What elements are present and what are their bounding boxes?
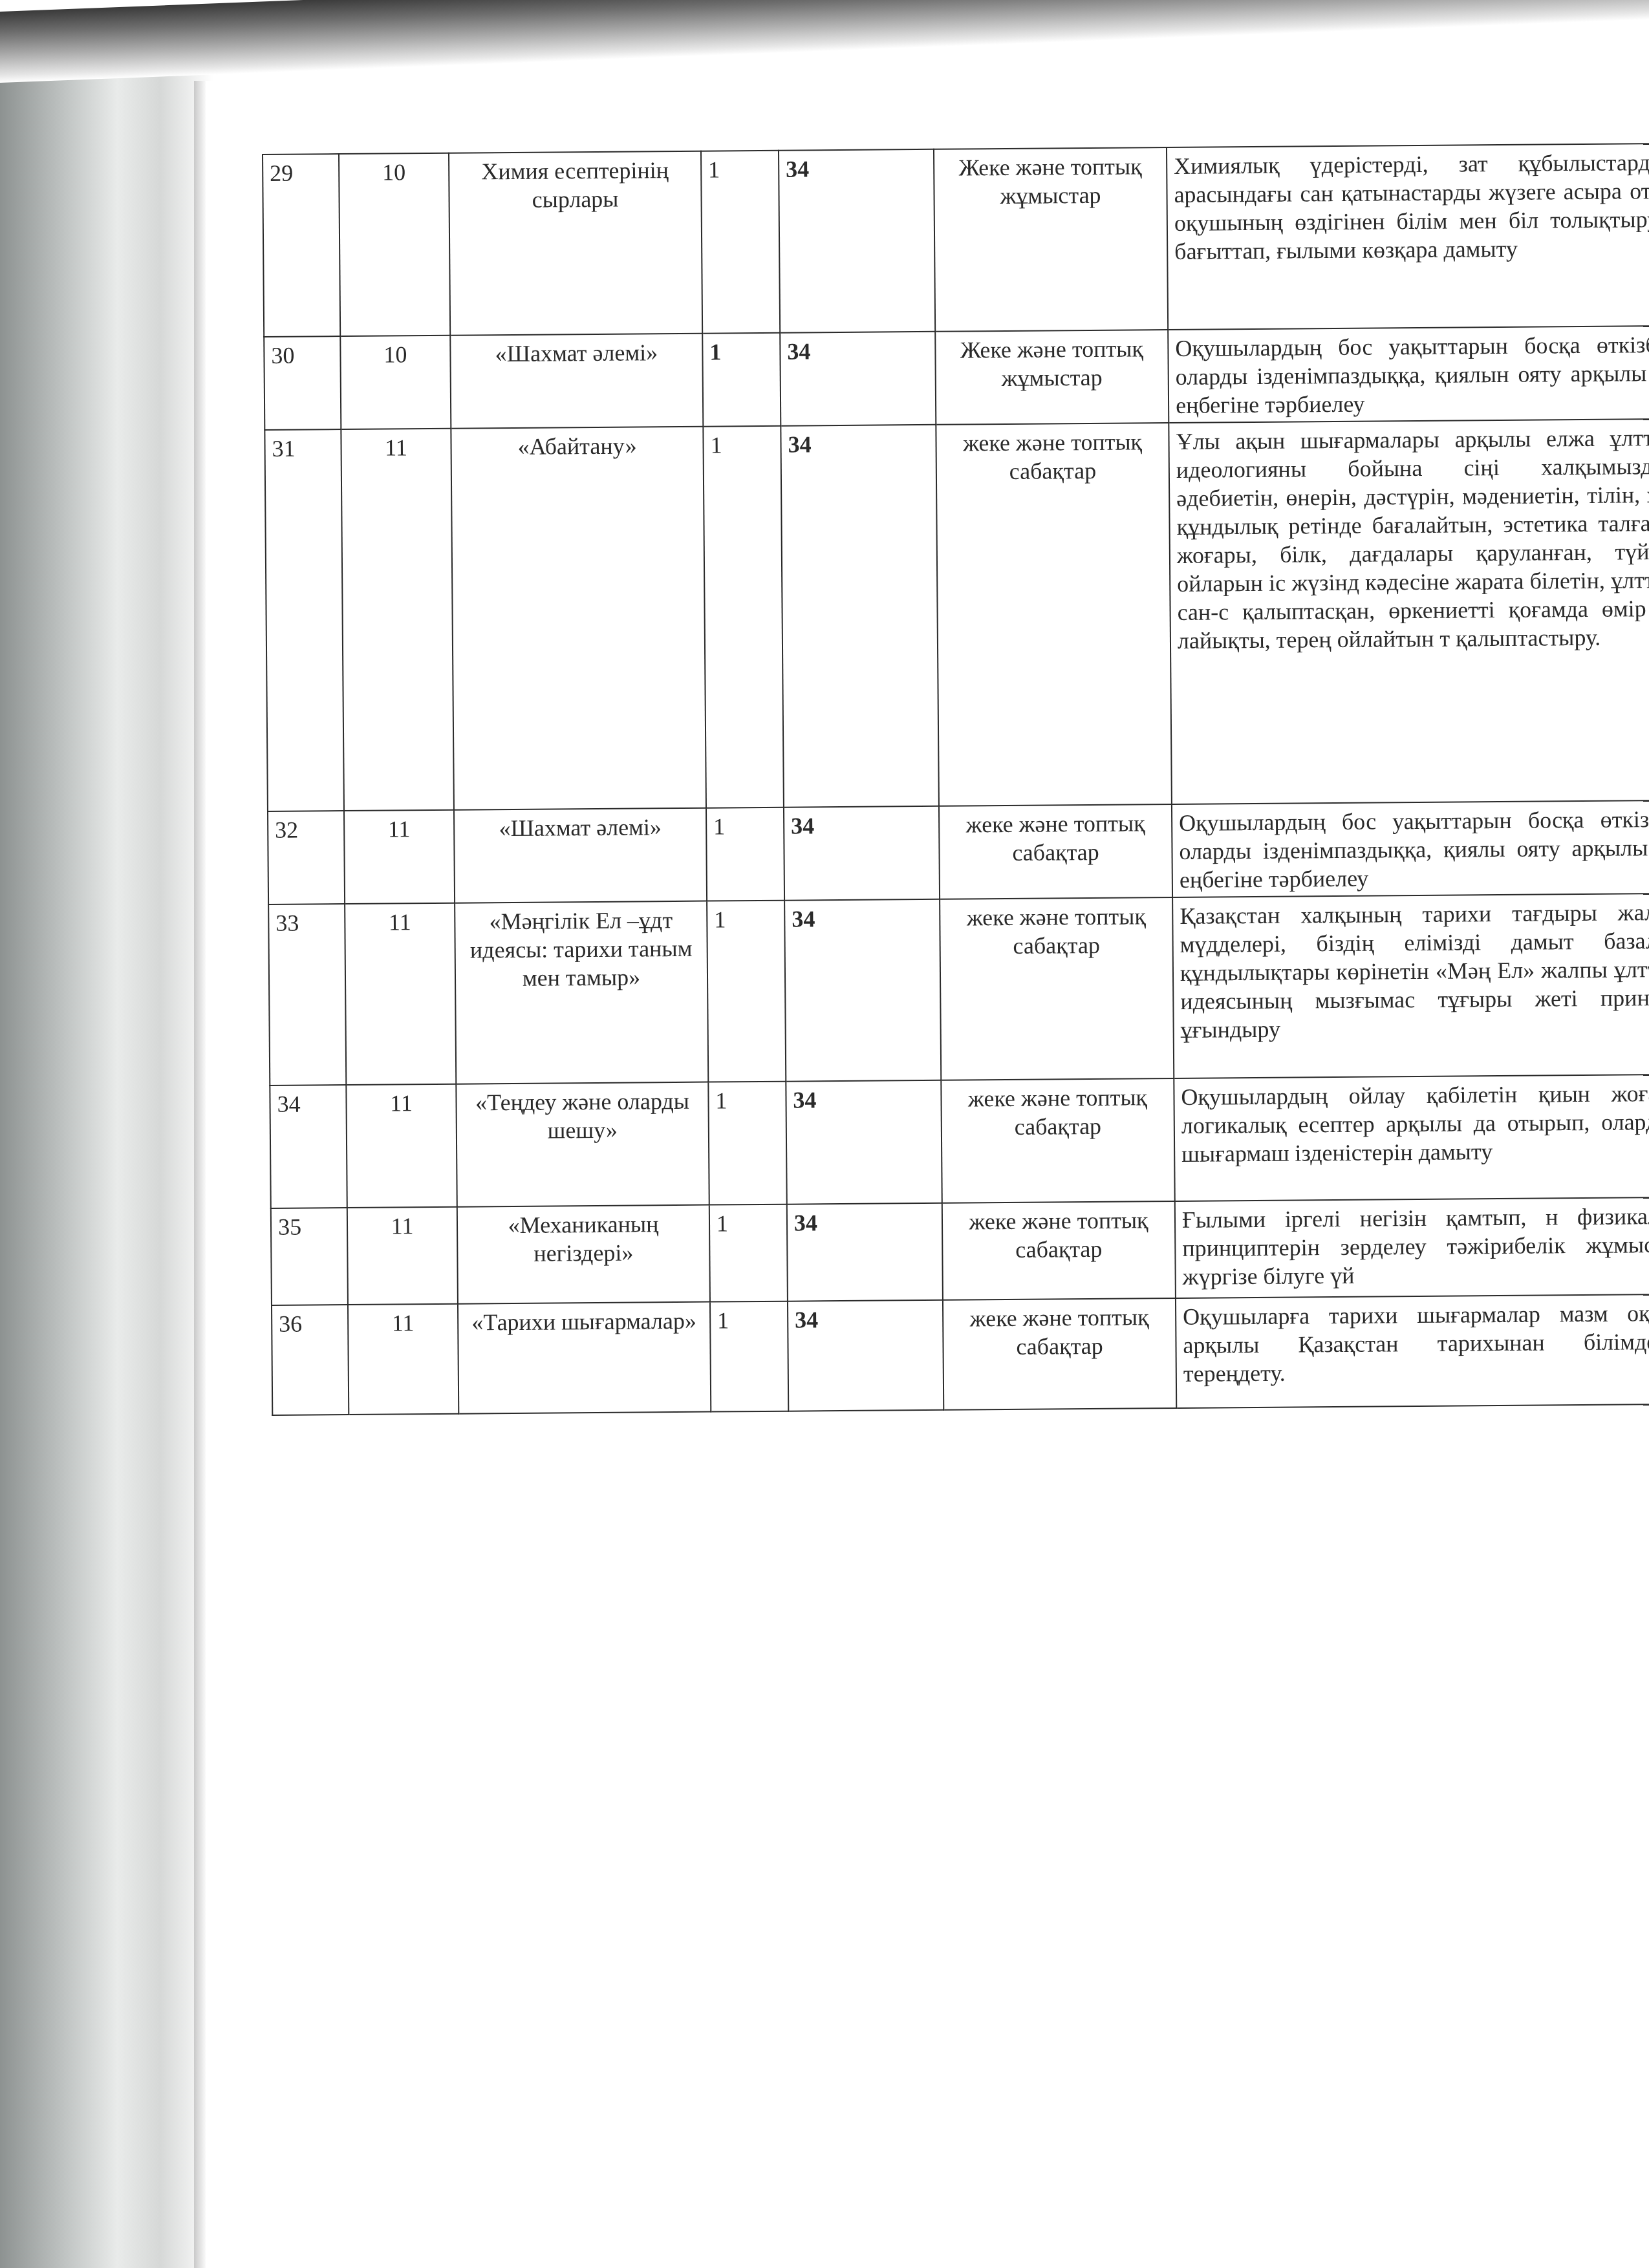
row-number-cell: 34 xyxy=(270,1085,347,1208)
lesson-form-cell: Жеке және топтық жұмыстар xyxy=(935,330,1169,425)
grade-cell: 10 xyxy=(340,336,451,429)
lesson-form-cell: жеке және топтық сабақтар xyxy=(936,423,1172,806)
course-goal-cell: Оқушылардың ойлау қабілетін қиын жоғары … xyxy=(1174,1075,1649,1201)
course-name-cell: «Механиканың негіздері» xyxy=(457,1205,710,1304)
scanner-shadow-left xyxy=(0,13,213,2268)
weekly-hours-cell: 1 xyxy=(706,808,784,901)
lesson-form-cell: жеке және топтық сабақтар xyxy=(940,897,1174,1080)
grade-cell: 11 xyxy=(348,1304,458,1415)
row-number-cell: 30 xyxy=(264,336,341,430)
table-row: 36 11 «Тарихи шығармалар» 1 34 жеке және… xyxy=(272,1294,1649,1415)
total-hours-cell: 34 xyxy=(784,899,941,1082)
course-name-cell: «Мәңгілік Ел –ұдт идеясы: тарихи таным м… xyxy=(455,901,708,1084)
row-number-cell: 29 xyxy=(263,154,340,337)
course-goal-cell: Оқушылардың бос уақыттарын босқа өткізбе… xyxy=(1172,800,1649,897)
elective-courses-table: 29 10 Химия есептерінің сырлары 1 34 Жек… xyxy=(262,143,1649,1416)
total-hours-cell: 34 xyxy=(786,1080,942,1204)
course-name-cell: Химия есептерінің сырлары xyxy=(449,151,702,336)
page-edge xyxy=(194,81,207,2268)
table-row: 35 11 «Механиканың негіздері» 1 34 жеке … xyxy=(271,1197,1649,1305)
weekly-hours-cell: 1 xyxy=(708,1082,786,1205)
row-number-cell: 31 xyxy=(264,429,344,811)
course-name-cell: «Абайтану» xyxy=(451,427,706,810)
total-hours-cell: 34 xyxy=(787,1203,943,1301)
total-hours-cell: 34 xyxy=(784,806,940,901)
scanner-shadow-top xyxy=(0,0,1649,83)
lesson-form-cell: жеке және топтық сабақтар xyxy=(939,804,1172,899)
total-hours-cell: 34 xyxy=(779,149,935,333)
course-goal-cell: Қазақстан халқының тарихи тағдыры жалпы … xyxy=(1172,893,1649,1078)
course-goal-cell: Оқушыларға тарихи шығармалар мазм оқыту … xyxy=(1176,1294,1649,1408)
table-row: 30 10 «Шахмат әлемі» 1 34 Жеке және топт… xyxy=(264,326,1649,430)
row-number-cell: 33 xyxy=(268,904,346,1086)
row-number-cell: 36 xyxy=(272,1305,349,1415)
lesson-form-cell: жеке және топтық сабақтар xyxy=(942,1201,1176,1300)
course-goal-cell: Ғылыми іргелі негізін қамтып, н физикалы… xyxy=(1175,1197,1649,1298)
total-hours-cell: 34 xyxy=(788,1300,943,1411)
grade-cell: 11 xyxy=(341,429,454,811)
course-name-cell: «Тарихи шығармалар» xyxy=(458,1302,711,1414)
weekly-hours-cell: 1 xyxy=(710,1301,788,1412)
row-number-cell: 35 xyxy=(271,1208,348,1305)
grade-cell: 11 xyxy=(345,903,456,1085)
table-row: 34 11 «Теңдеу және оларды шешу» 1 34 жек… xyxy=(270,1075,1649,1208)
weekly-hours-cell: 1 xyxy=(709,1204,788,1302)
table-row: 32 11 «Шахмат әлемі» 1 34 жеке және топт… xyxy=(268,800,1649,904)
table-row: 29 10 Химия есептерінің сырлары 1 34 Жек… xyxy=(263,144,1649,337)
grade-cell: 11 xyxy=(346,1084,457,1208)
course-goal-cell: Оқушылардың бос уақыттарын босқа өткізбе… xyxy=(1168,326,1649,423)
total-hours-cell: 34 xyxy=(780,332,936,426)
lesson-form-cell: жеке және топтық сабақтар xyxy=(943,1298,1176,1410)
weekly-hours-cell: 1 xyxy=(702,333,781,427)
lesson-form-cell: Жеке және топтық жұмыстар xyxy=(934,147,1168,332)
table-row: 33 11 «Мәңгілік Ел –ұдт идеясы: тарихи т… xyxy=(268,893,1649,1086)
total-hours-cell: 34 xyxy=(781,425,939,808)
weekly-hours-cell: 1 xyxy=(707,901,786,1082)
weekly-hours-cell: 1 xyxy=(703,426,784,808)
weekly-hours-cell: 1 xyxy=(701,151,780,334)
course-name-cell: «Шахмат әлемі» xyxy=(450,334,703,429)
course-name-cell: «Шахмат әлемі» xyxy=(454,808,707,903)
grade-cell: 10 xyxy=(339,153,450,336)
row-number-cell: 32 xyxy=(268,811,345,904)
grade-cell: 11 xyxy=(344,810,455,904)
course-goal-cell: Ұлы ақын шығармалары арқылы елжа ұлттық … xyxy=(1169,419,1649,804)
course-name-cell: «Теңдеу және оларды шешу» xyxy=(456,1082,709,1207)
grade-cell: 11 xyxy=(347,1207,458,1305)
table-row: 31 11 «Абайтану» 1 34 жеке және топтық с… xyxy=(264,419,1649,811)
lesson-form-cell: жеке және топтық сабақтар xyxy=(941,1078,1174,1203)
course-goal-cell: Химиялық үдерістерді, зат құбылыстардың … xyxy=(1167,144,1649,330)
